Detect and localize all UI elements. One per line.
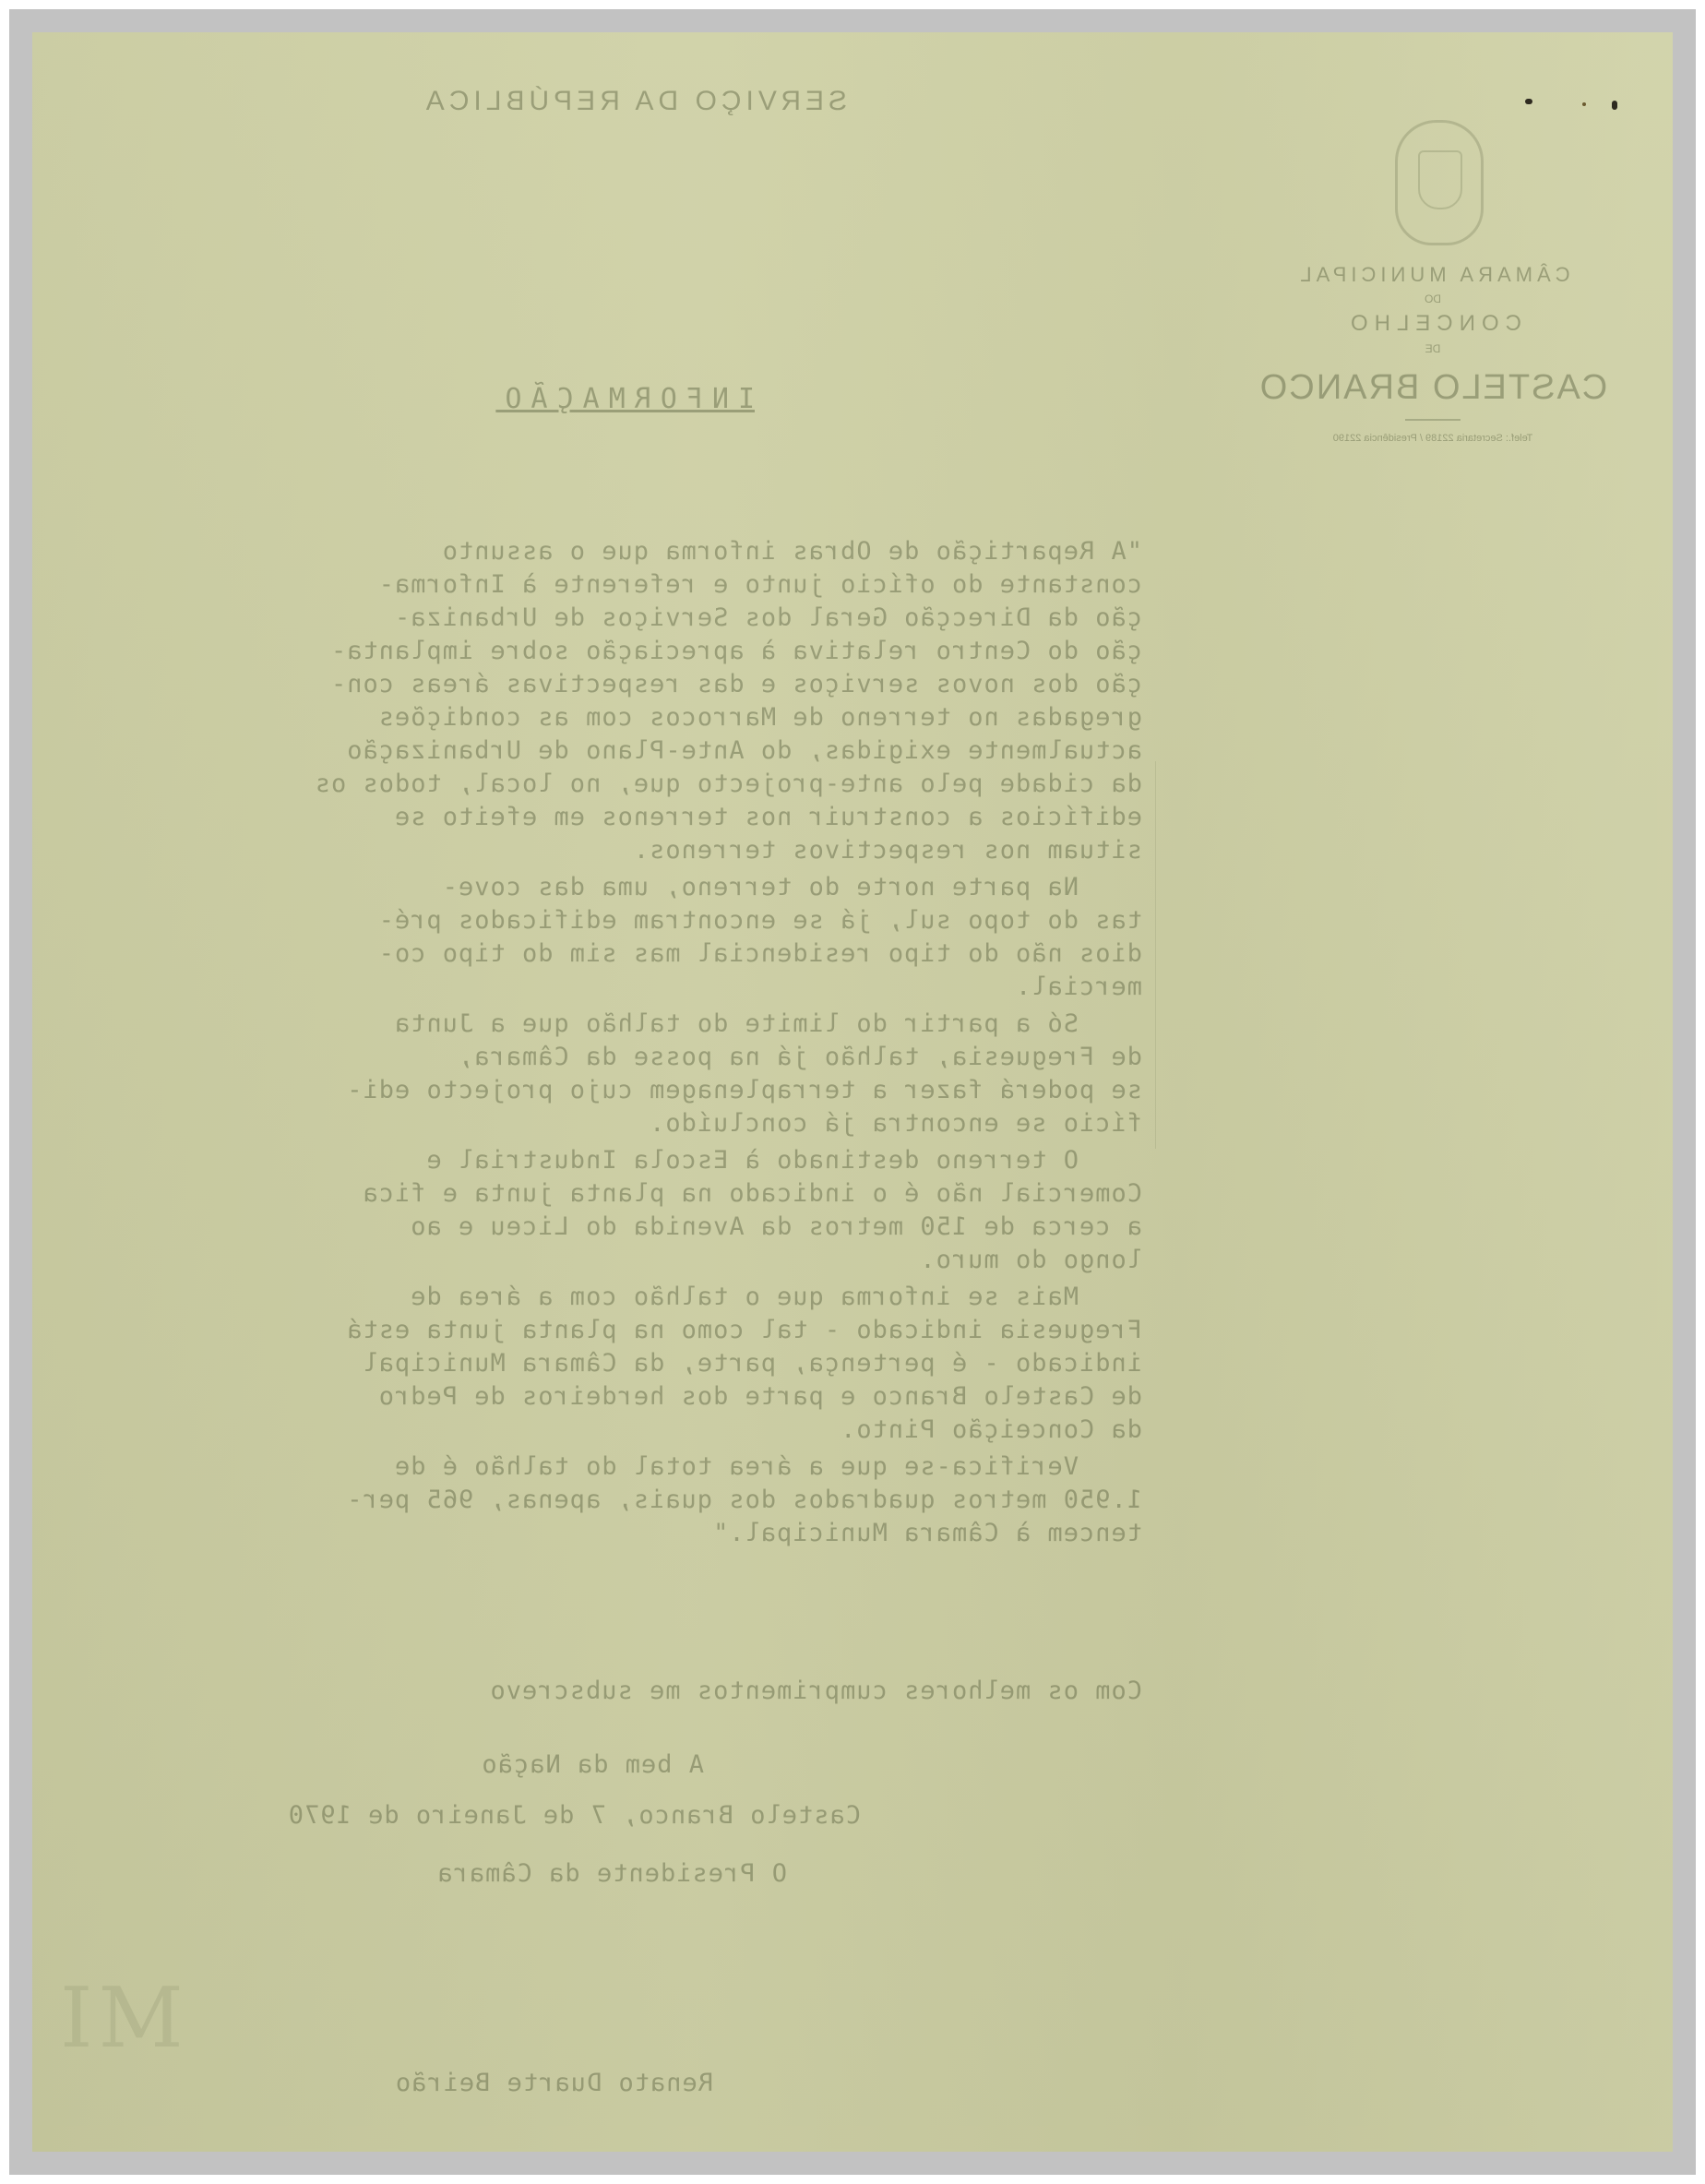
body-line: mercial. bbox=[315, 971, 1142, 1004]
body-line: tas do topo sul, já se encontram edifica… bbox=[315, 904, 1142, 937]
body-line: ção da Direcção Geral dos Serviços de Ur… bbox=[315, 602, 1142, 635]
closing-role: O Presidente da Câmara bbox=[436, 1857, 787, 1891]
body-line: "A Repartição de Obras informa que o ass… bbox=[315, 535, 1142, 568]
body-text: "A Repartição de Obras informa que o ass… bbox=[315, 535, 1142, 1550]
body-line: gregadas no terreno de Marrocos com as c… bbox=[315, 701, 1142, 734]
closing-place-date: Castelo Branco, 7 de Janeiro de 1970 bbox=[288, 1799, 861, 1832]
municipal-crest-icon bbox=[1395, 120, 1484, 245]
body-line: ção do Centro relativa à apreciação sobr… bbox=[315, 635, 1142, 668]
body-line: de Castelo Branco e parte dos herdeiros … bbox=[315, 1380, 1142, 1414]
faint-stamp-mark: IM bbox=[60, 1970, 189, 2067]
body-line: Na parte norte do terreno, uma das cove- bbox=[315, 871, 1142, 904]
letterhead-line-5: CASTELO BRANCO bbox=[1230, 368, 1636, 408]
body-line: Verifica-se que a área total do talhão é… bbox=[315, 1450, 1142, 1484]
document-title: INFORMAÇÃO bbox=[495, 383, 755, 415]
body-line: indicado - é pertença, parte, da Câmara … bbox=[315, 1347, 1142, 1380]
body-line: actualmente exigidas, do Ante-Plano de U… bbox=[315, 734, 1142, 768]
body-line: Só a partir do limite do talhão que a Ju… bbox=[315, 1008, 1142, 1041]
body-line: situam nos respectivos terrenos. bbox=[315, 834, 1142, 867]
letterhead-rule bbox=[1405, 419, 1461, 421]
body-line: a cerca de 150 metros da Avenida do Lice… bbox=[315, 1211, 1142, 1244]
signatory-name: Renato Duarte Beirão bbox=[395, 2067, 713, 2100]
show-through-layer: SERVIÇO DA REPÚBLICA CÂMARA MUNICIPAL DO… bbox=[32, 32, 1673, 2152]
letterhead-line-1: CÂMARA MUNICIPAL bbox=[1230, 263, 1636, 287]
closing-greeting: Com os melhores cumprimentos me subscrev… bbox=[490, 1675, 1142, 1708]
body-line: longo do muro. bbox=[315, 1244, 1142, 1277]
body-line: constante do ofício junto e referente à … bbox=[315, 568, 1142, 602]
body-line: tencem à Câmara Municipal." bbox=[315, 1517, 1142, 1550]
letterhead-line-4: DE bbox=[1230, 342, 1636, 355]
body-line: Freguesia indicado - tal como na planta … bbox=[315, 1314, 1142, 1347]
letterhead-contact: Telef.: Secretaria 22189 / Presidência 2… bbox=[1230, 432, 1636, 445]
body-line: da Conceição Pinto. bbox=[315, 1414, 1142, 1447]
body-line: fício se encontra já concluído. bbox=[315, 1107, 1142, 1140]
document-page: SERVIÇO DA REPÚBLICA CÂMARA MUNICIPAL DO… bbox=[32, 32, 1673, 2152]
body-line: Comercial não é o indicado na planta jun… bbox=[315, 1177, 1142, 1211]
body-line: 1.950 metros quadrados dos quais, apenas… bbox=[315, 1484, 1142, 1517]
service-header: SERVIÇO DA REPÚBLICA bbox=[422, 86, 847, 117]
body-line: Mais se informa que o talhão com a área … bbox=[315, 1281, 1142, 1314]
body-line: de Freguesia, talhão já na posse da Câma… bbox=[315, 1041, 1142, 1074]
letterhead-line-3: CONCELHO bbox=[1230, 311, 1636, 337]
letterhead-line-2: DO bbox=[1230, 292, 1636, 305]
body-line: O terreno destinado à Escola Industrial … bbox=[315, 1144, 1142, 1177]
body-line: dios não do tipo residencial mas sim do … bbox=[315, 937, 1142, 971]
body-line: ção dos novos serviços e das respectivas… bbox=[315, 668, 1142, 701]
body-line: edifícios a construir nos terrenos em ef… bbox=[315, 801, 1142, 834]
body-line: da cidade pelo ante-projecto que, no loc… bbox=[315, 768, 1142, 801]
fold-line bbox=[1155, 761, 1156, 1149]
letterhead: CÂMARA MUNICIPAL DO CONCELHO DE CASTELO … bbox=[1230, 263, 1636, 445]
body-line: se poderá fazer a terraplenagem cujo pro… bbox=[315, 1074, 1142, 1107]
closing-motto: A bem da Nação bbox=[481, 1748, 704, 1782]
